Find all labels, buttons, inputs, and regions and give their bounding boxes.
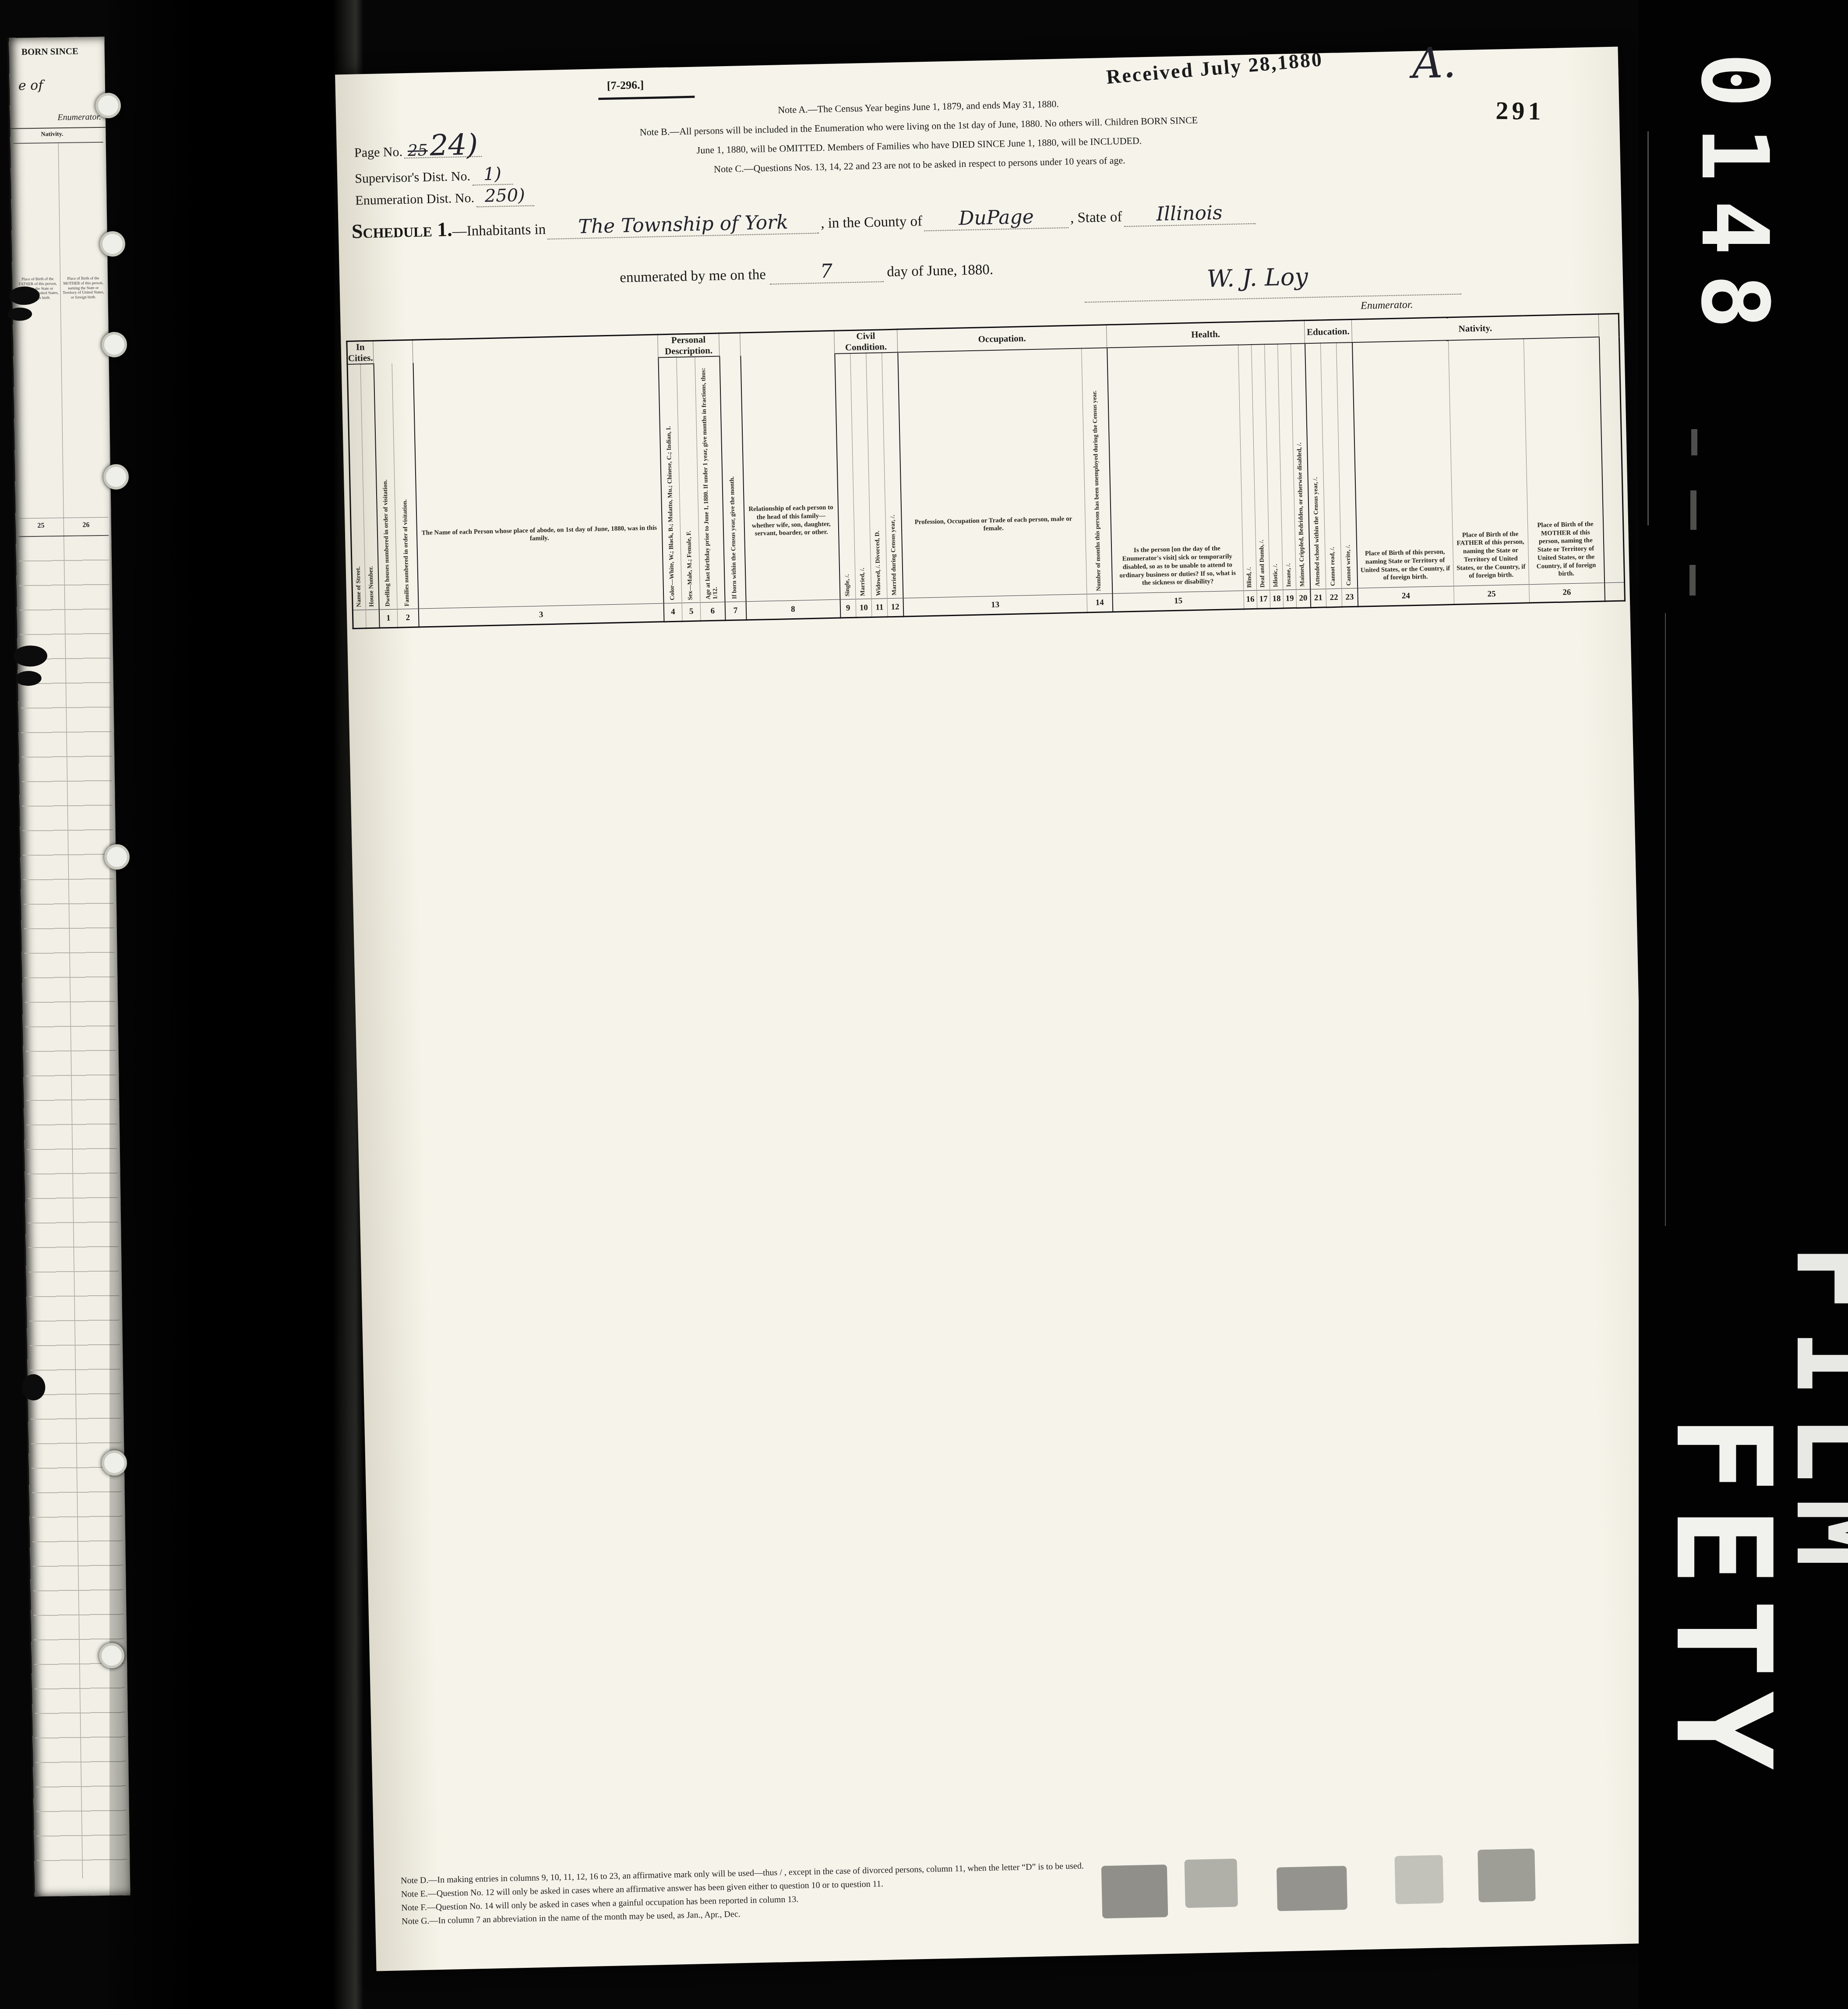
column-label-sickness: Is the person [on the day of the Enumera… (1111, 543, 1243, 590)
column-group-incities: In Cities. (347, 341, 374, 364)
column-label-cannot-write: Cannot write, /. (1345, 545, 1353, 586)
census-table: In Cities.Personal Description.Civil Con… (346, 313, 1626, 629)
census-table-wrap: In Cities.Personal Description.Civil Con… (346, 313, 1626, 629)
fragment-born-since-text: BORN SINCE (21, 46, 78, 58)
fragment-column-headers: Place of Birth of the FATHER of this per… (13, 143, 109, 519)
column-number-married-census-year: 12 (887, 598, 903, 617)
column-label-occupation: Profession, Occupation or Trade of each … (902, 513, 1085, 537)
page-stamp-number: 291 (1495, 96, 1545, 126)
fragment-col26-header: Place of Birth of the MOTHER of this per… (61, 276, 106, 300)
schedule-title-line: Schedule 1.—Inhabitants in The Township … (351, 192, 1604, 243)
column-group-blank (373, 340, 413, 363)
column-number-sickness: 15 (1112, 591, 1244, 612)
page-no-struck: 25 (407, 141, 428, 160)
supervisor-label: Supervisor's Dist. No. (355, 169, 470, 186)
column-label-month: If born within the Census year, give the… (729, 476, 739, 599)
column-label-name: The Name of each Person whose place of a… (417, 522, 662, 547)
column-group-blank (1598, 314, 1619, 337)
enumerated-line: enumerated by me on the 7 day of June, 1… (620, 257, 994, 288)
column-label-blind: Blind, /. (1246, 567, 1254, 588)
county-label: , in the County of (821, 213, 923, 231)
binder-ring (99, 1643, 124, 1668)
column-label-attended-school: Attended school within the Census year, … (1312, 477, 1322, 586)
column-label-maimed: Maimed, Crippled, Bedridden, or otherwis… (1296, 442, 1306, 586)
book-spine-shadow (109, 0, 363, 2009)
column-group-blank (719, 333, 741, 356)
column-number-line-number (1605, 582, 1625, 601)
county-value: DuPage (924, 205, 1069, 231)
column-label-single: Single, /. (844, 574, 851, 596)
enumerator-label: Enumerator. (1361, 299, 1413, 312)
column-label-deaf-and-dumb: Deaf and Dumb, /. (1259, 539, 1266, 588)
column-number-house (366, 610, 379, 628)
column-number-blind: 16 (1244, 590, 1257, 609)
column-number-occupation: 13 (903, 594, 1087, 617)
column-group-civilcondition: Civil Condition. (834, 329, 898, 354)
column-number-months-unemployed: 14 (1087, 594, 1113, 613)
supervisor-number: 1) (472, 164, 513, 186)
received-stamp-letter: A. (1412, 38, 1457, 88)
column-label-birthplace: Place of Birth of this person, naming St… (1357, 546, 1453, 585)
form-code: [7-296.] (607, 78, 644, 92)
stamp-smudge (1101, 1864, 1168, 1918)
column-number-birthplace-father: 25 (1454, 585, 1530, 605)
film-scratch (1647, 131, 1649, 525)
received-stamp: Received July 28,1880 (1105, 47, 1324, 88)
column-header-occupation: Profession, Occupation or Trade of each … (898, 348, 1087, 598)
column-label-sex: Sex—Male, M.; Female, F. (686, 530, 695, 600)
form-notes: Note A.—The Census Year begins June 1, 1… (524, 94, 1314, 188)
column-group-blank (740, 331, 835, 356)
column-number-cannot-write: 23 (1342, 588, 1358, 607)
column-label-cannot-read: Cannot read, /. (1330, 547, 1337, 586)
enumerator-signature: W. J. Loy (1206, 263, 1308, 293)
column-header-name: The Name of each Person whose place of a… (413, 358, 663, 609)
column-number-single: 9 (840, 599, 856, 618)
state-label: , State of (1070, 209, 1122, 226)
microfilm-frame: BORN SINCE e of Enumerator. Nativity. Pl… (0, 0, 1848, 2009)
column-label-dwelling: Dwelling houses numbered in order of vis… (382, 479, 391, 606)
column-label-street: Name of Street. (355, 567, 363, 607)
column-label-birthplace-father: Place of Birth of the FATHER of this per… (1453, 528, 1529, 582)
column-number-maimed: 20 (1296, 589, 1311, 608)
column-label-birthplace-mother: Place of Birth of the MOTHER of this per… (1528, 518, 1604, 581)
film-scratch (1689, 565, 1696, 596)
film-film-text: FILM (1770, 1244, 1848, 1583)
schedule-prefix: —Inhabitants in (452, 222, 546, 240)
enumerated-suffix: day of June, 1880. (887, 262, 994, 280)
column-number-insane: 19 (1283, 589, 1297, 608)
schedule-title: Schedule 1. (351, 218, 452, 243)
column-number-cannot-read: 22 (1326, 589, 1342, 607)
fragment-enumerator-label: Enumerator. (57, 112, 101, 123)
stamp-smudge (1184, 1859, 1238, 1908)
fragment-rule (10, 127, 106, 129)
schedule-place: The Township of York (547, 210, 819, 240)
film-edge-code: 0148 (1681, 53, 1788, 348)
state-value: Illinois (1124, 201, 1256, 227)
column-label-idiotic: Idiotic, /. (1272, 564, 1280, 587)
column-number-idiotic: 18 (1270, 590, 1284, 609)
film-edge-strip: 0148 FETY FILM (1639, 0, 1848, 2009)
fragment-nativity-label: Nativity. (41, 131, 63, 138)
column-header-birthplace: Place of Birth of this person, naming St… (1352, 340, 1453, 588)
fragment-col25-number: 25 (18, 518, 64, 536)
column-group-education: Education. (1304, 319, 1352, 343)
film-scratch (1690, 490, 1696, 530)
column-number-dwelling: 1 (379, 609, 398, 628)
column-number-widowed: 11 (871, 599, 888, 617)
column-label-married: Married, /. (859, 567, 867, 596)
enumeration-number: 250) (476, 185, 534, 208)
column-label-relationship: Relationship of each person to the head … (744, 502, 838, 540)
form-code-rule (598, 96, 695, 100)
column-number-birthplace: 24 (1358, 586, 1454, 607)
column-header-birthplace-mother: Place of Birth of the MOTHER of this per… (1524, 337, 1604, 585)
enumerated-prefix: enumerated by me on the (620, 267, 766, 285)
column-number-birthplace-mother: 26 (1529, 583, 1605, 603)
column-number-relationship: 8 (746, 599, 840, 620)
column-label-insane: Insane, /. (1285, 563, 1293, 587)
column-number-month: 7 (725, 602, 746, 620)
page-number-block: Page No. 25 24) (354, 127, 482, 164)
enumeration-label: Enumeration Dist. No. (355, 191, 474, 208)
film-scratch (1691, 429, 1697, 455)
column-number-attended-school: 21 (1310, 589, 1326, 608)
column-header-relationship: Relationship of each person to the head … (741, 354, 840, 602)
column-number-sex: 5 (682, 603, 701, 621)
column-number-street (353, 610, 366, 629)
binder-ring (104, 844, 130, 870)
binder-ring (103, 464, 129, 490)
column-label-age: Age at last birthday prior to June 1, 18… (700, 360, 719, 600)
enumeration-district-block: Enumeration Dist. No. 250) (355, 185, 534, 209)
column-label-family: Families numbered in order of visitation… (402, 499, 411, 606)
film-scratch (1665, 613, 1666, 1226)
fragment-e-of-text: e of (18, 78, 43, 94)
column-header-birthplace-father: Place of Birth of the FATHER of this per… (1448, 338, 1529, 586)
column-number-married: 10 (856, 599, 872, 618)
supervisor-district-block: Supervisor's Dist. No. 1) (355, 164, 513, 187)
binder-ring (102, 1450, 127, 1476)
enumerated-day: 7 (769, 259, 883, 285)
column-header-sickness: Is the person [on the day of the Enumera… (1107, 345, 1244, 594)
stamp-smudge (1277, 1866, 1347, 1911)
census-page: [7-296.] Received July 28,1880 A. 291 Pa… (335, 47, 1659, 1971)
page-no-label: Page No. (354, 145, 403, 160)
column-label-house: House Number. (368, 566, 376, 607)
fragment-col26-number: 26 (63, 518, 109, 536)
column-label-widowed: Widowed, /. Divorced, D. (875, 530, 883, 596)
column-number-family: 2 (397, 609, 419, 627)
column-label-months-unemployed: Number of months this person has been un… (1091, 390, 1103, 591)
column-number-deaf-and-dumb: 17 (1257, 590, 1270, 609)
column-number-color: 4 (663, 603, 682, 622)
column-label-married-census-year: Married during Census year, /. (890, 515, 899, 596)
stamp-smudge (1394, 1855, 1443, 1904)
column-label-color: Color—White, W.; Black, B.; Mulatto, Mu.… (665, 426, 676, 600)
binder-ring (102, 332, 127, 357)
page-no-value: 24) (430, 127, 478, 162)
column-group-personaldescription: Personal Description. (658, 333, 719, 358)
binder-ring (95, 93, 121, 118)
column-number-age: 6 (700, 602, 725, 621)
stamp-smudge (1478, 1849, 1536, 1903)
fragment-column-numbers: 25 26 (18, 518, 109, 537)
binder-ring (100, 231, 125, 257)
